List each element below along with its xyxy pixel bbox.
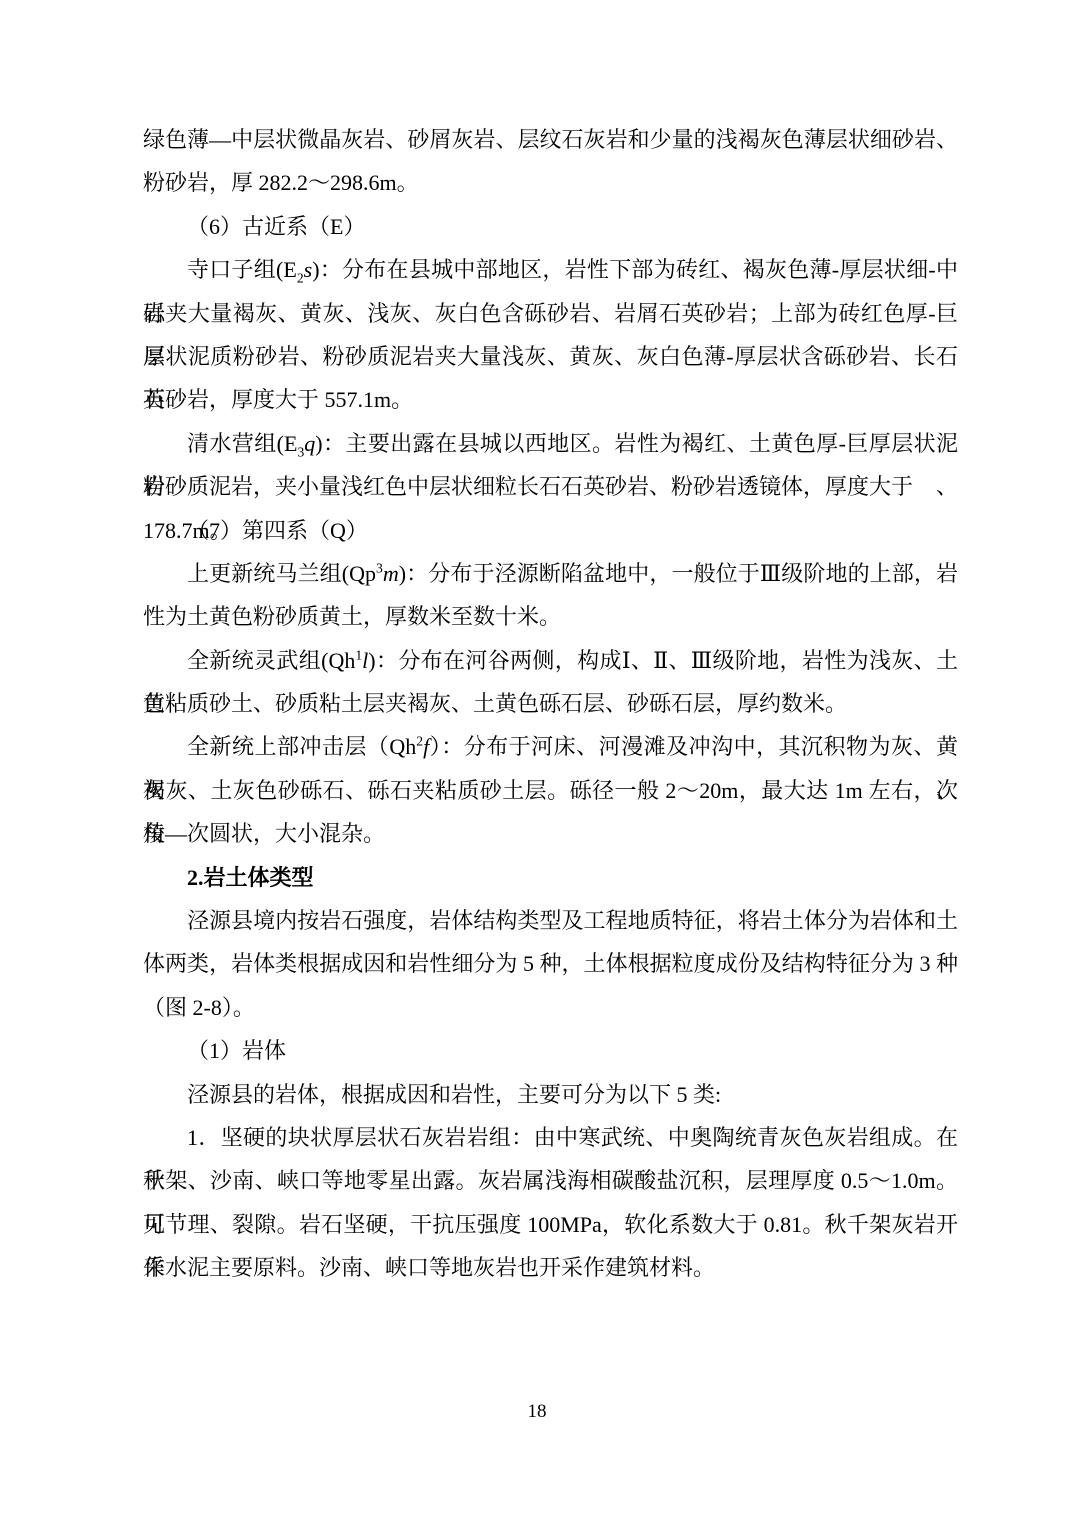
text-line: 泾源县境内按岩石强度，岩体结构类型及工程地质特征，将岩土体分为岩体和土 — [143, 899, 958, 942]
paragraph: 上更新统马兰组(Qp3m)：分布于泾源断陷盆地中，一般位于Ⅲ级阶地的上部，岩性为… — [143, 552, 958, 639]
paragraph: 2.岩土体类型 — [143, 856, 958, 899]
text-line: （6）古近系（E） — [143, 205, 958, 248]
text-run: 体两类，岩体类根据成因和岩性细分为 5 种，土体根据粒度成份及结构特征分为 3 … — [143, 951, 958, 976]
text-run: （图 2-8）。 — [143, 995, 255, 1020]
text-line: 粉砂质泥岩，夹小量浅红色中层状细粒长石石英砂岩、粉砂岩透镜体，厚度大于 178.… — [143, 465, 958, 508]
text-line: 体两类，岩体类根据成因和岩性细分为 5 种，土体根据粒度成份及结构特征分为 3 … — [143, 942, 958, 985]
paragraph: （6）古近系（E） — [143, 205, 958, 248]
text-line: （7）第四系（Q） — [143, 509, 958, 552]
italic-text: m — [383, 561, 399, 586]
text-line: 作水泥主要原料。沙南、峡口等地灰岩也开采作建筑材料。 — [143, 1246, 958, 1289]
text-run: 上更新统马兰组(Qp — [187, 561, 376, 586]
text-run: （1）岩体 — [187, 1038, 286, 1063]
text-line: 色粘质砂土、砂质粘土层夹褐灰、土黄色砾石层、砂砾石层，厚约数米。 — [143, 682, 958, 725]
paragraph: 全新统上部冲击层（Qh2f）：分布于河床、河漫滩及冲沟中，其沉积物为灰、黄灰、褐… — [143, 725, 958, 855]
paragraph: 泾源县的岩体，根据成因和岩性，主要可分为以下 5 类: — [143, 1073, 958, 1116]
sub-text: 2 — [297, 271, 304, 286]
text-line: 全新统灵武组(Qh1l)：分布在河谷两侧，构成Ⅰ、Ⅱ、Ⅲ级阶地，岩性为浅灰、土黄 — [143, 639, 958, 682]
text-line: 层状泥质粉砂岩、粉砂质泥岩夹大量浅灰、黄灰、灰白色薄-厚层状含砾砂岩、长石石 — [143, 335, 958, 378]
text-run: 色粘质砂土、砂质粘土层夹褐灰、土黄色砾石层、砂砾石层，厚约数米。 — [143, 691, 847, 716]
text-run: 2.岩土体类型 — [187, 865, 314, 890]
sup-text: 3 — [376, 561, 383, 576]
paragraph: 清水营组(E3q)：主要出露在县城以西地区。岩性为褐红、土黄色厚-巨厚层状泥岩、… — [143, 422, 958, 509]
italic-text: s — [304, 257, 313, 282]
text-run: 作水泥主要原料。沙南、峡口等地灰岩也开采作建筑材料。 — [143, 1255, 715, 1280]
page-number: 18 — [0, 1400, 1074, 1424]
text-run: )：分布于泾源断陷盆地中，一般位于Ⅲ级阶地的上部，岩 — [399, 561, 958, 586]
text-line: 性为土黄色粉砂质黄土，厚数米至数十米。 — [143, 595, 958, 638]
paragraph: 1．坚硬的块状厚层状石灰岩岩组：由中寒武统、中奥陶统青灰色灰岩组成。在秋千架、沙… — [143, 1116, 958, 1290]
text-line: 2.岩土体类型 — [143, 856, 958, 899]
text-run: 性为土黄色粉砂质黄土，厚数米至数十米。 — [143, 604, 561, 629]
paragraph: 泾源县境内按岩石强度，岩体结构类型及工程地质特征，将岩土体分为岩体和土体两类，岩… — [143, 899, 958, 1029]
text-line: 清水营组(E3q)：主要出露在县城以西地区。岩性为褐红、土黄色厚-巨厚层状泥岩、 — [143, 422, 958, 465]
text-run: 清水营组(E — [187, 431, 297, 456]
text-line: 千架、沙南、峡口等地零星出露。灰岩属浅海相碳酸盐沉积，层理厚度 0.5～1.0m… — [143, 1159, 958, 1202]
text-line: 角—次圆状，大小混杂。 — [143, 812, 958, 855]
text-run: 寺口子组(E — [187, 257, 297, 282]
text-line: 英砂岩，厚度大于 557.1m。 — [143, 378, 958, 421]
text-run: 角—次圆状，大小混杂。 — [143, 821, 385, 846]
text-line: 粉砂岩，厚 282.2～298.6m。 — [143, 161, 958, 204]
text-run: 绿色薄—中层状微晶灰岩、砂屑灰岩、层纹石灰岩和少量的浅褐灰色薄层状细砂岩、 — [143, 127, 958, 152]
text-line: （1）岩体 — [143, 1029, 958, 1072]
text-line: 见节理、裂隙。岩石坚硬，干抗压强度 100MPa，软化系数大于 0.81。秋千架… — [143, 1203, 958, 1246]
text-line: 全新统上部冲击层（Qh2f）：分布于河床、河漫滩及冲沟中，其沉积物为灰、黄灰、 — [143, 725, 958, 768]
text-line: 岩夹大量褐灰、黄灰、浅灰、灰白色含砾砂岩、岩屑石英砂岩；上部为砖红色厚-巨厚 — [143, 292, 958, 335]
text-run: 全新统灵武组(Qh — [187, 648, 355, 673]
text-line: 绿色薄—中层状微晶灰岩、砂屑灰岩、层纹石灰岩和少量的浅褐灰色薄层状细砂岩、 — [143, 118, 958, 161]
text-run: （6）古近系（E） — [187, 214, 365, 239]
paragraph: （7）第四系（Q） — [143, 509, 958, 552]
text-run: 泾源县的岩体，根据成因和岩性，主要可分为以下 5 类: — [187, 1082, 721, 1107]
text-line: 1．坚硬的块状厚层状石灰岩岩组：由中寒武统、中奥陶统青灰色灰岩组成。在秋 — [143, 1116, 958, 1159]
paragraph: 全新统灵武组(Qh1l)：分布在河谷两侧，构成Ⅰ、Ⅱ、Ⅲ级阶地，岩性为浅灰、土黄… — [143, 639, 958, 726]
paragraph: 寺口子组(E2s)：分布在县城中部地区，岩性下部为砖红、褐灰色薄-厚层状细-中砾… — [143, 248, 958, 422]
text-run: 粉砂岩，厚 282.2～298.6m。 — [143, 170, 419, 195]
paragraph: （1）岩体 — [143, 1029, 958, 1072]
text-run: （7）第四系（Q） — [187, 518, 368, 543]
text-line: 褐灰、土灰色砂砾石、砾石夹粘质砂土层。砾径一般 2～20m，最大达 1m 左右，… — [143, 769, 958, 812]
paragraph: 绿色薄—中层状微晶灰岩、砂屑灰岩、层纹石灰岩和少量的浅褐灰色薄层状细砂岩、粉砂岩… — [143, 118, 958, 205]
text-line: 泾源县的岩体，根据成因和岩性，主要可分为以下 5 类: — [143, 1073, 958, 1116]
text-line: 上更新统马兰组(Qp3m)：分布于泾源断陷盆地中，一般位于Ⅲ级阶地的上部，岩 — [143, 552, 958, 595]
text-run: 全新统上部冲击层（Qh — [187, 734, 416, 759]
text-run: 泾源县境内按岩石强度，岩体结构类型及工程地质特征，将岩土体分为岩体和土 — [187, 908, 958, 933]
text-run: 英砂岩，厚度大于 557.1m。 — [143, 387, 413, 412]
document-page: 绿色薄—中层状微晶灰岩、砂屑灰岩、层纹石灰岩和少量的浅褐灰色薄层状细砂岩、粉砂岩… — [0, 0, 1074, 1520]
text-line: 寺口子组(E2s)：分布在县城中部地区，岩性下部为砖红、褐灰色薄-厚层状细-中砾 — [143, 248, 958, 291]
document-body-text: 绿色薄—中层状微晶灰岩、砂屑灰岩、层纹石灰岩和少量的浅褐灰色薄层状细砂岩、粉砂岩… — [143, 118, 958, 1290]
italic-text: q — [304, 431, 315, 456]
text-line: （图 2-8）。 — [143, 986, 958, 1029]
